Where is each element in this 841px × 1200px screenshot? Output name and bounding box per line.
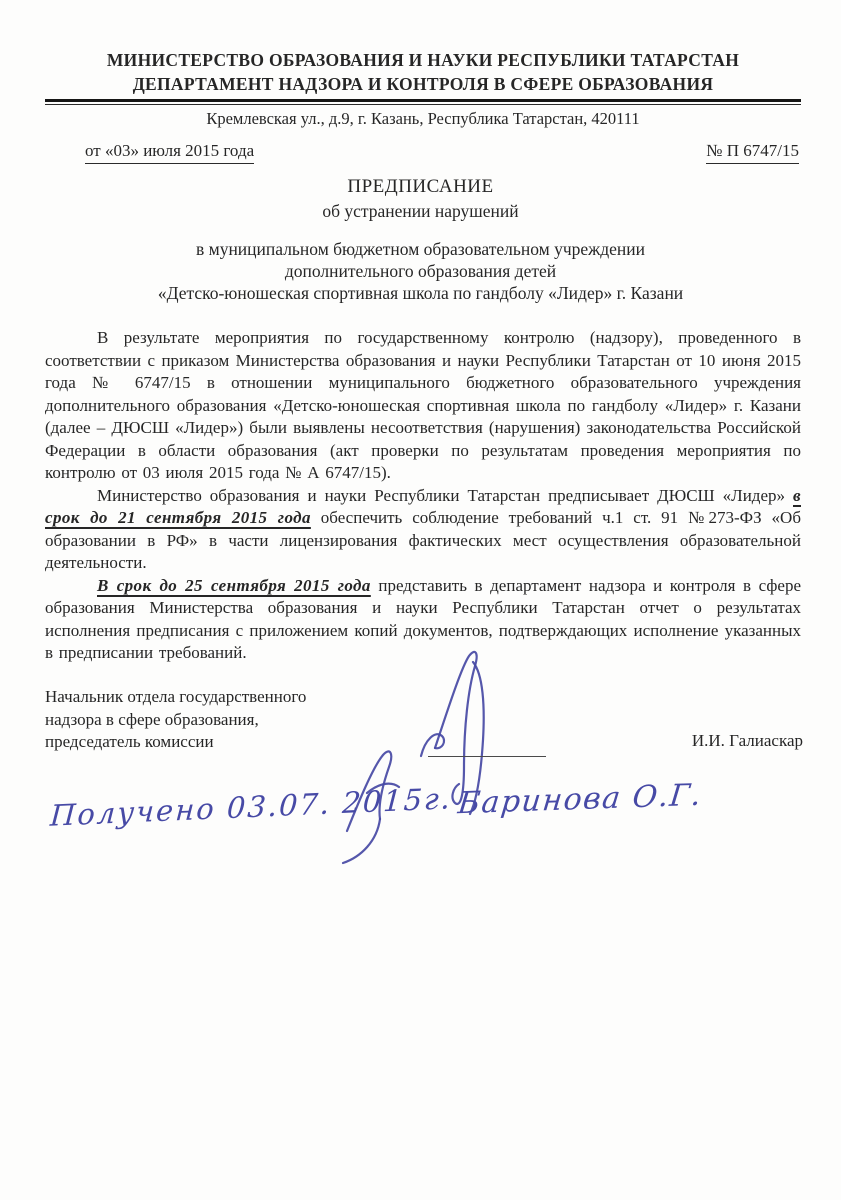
signatory-name: И.И. Галиаскар: [692, 731, 803, 751]
signatory-position-line: председатель комиссии: [45, 731, 306, 754]
paragraph-text: Министерство образования и науки Республ…: [97, 486, 793, 505]
title-block: ПРЕДПИСАНИЕ об устранении нарушений: [0, 176, 841, 222]
addressee-line: дополнительного образования детей: [0, 260, 841, 282]
paragraph-text: В результате мероприятия по государствен…: [45, 328, 801, 482]
body-paragraph-2: Министерство образования и науки Республ…: [45, 485, 801, 575]
reference-row: от «03» июля 2015 года № П 6747/15: [45, 141, 799, 164]
document-page: МИНИСТЕРСТВО ОБРАЗОВАНИЯ И НАУКИ РЕСПУБЛ…: [0, 0, 841, 1200]
addressee-line: в муниципальном бюджетном образовательно…: [0, 238, 841, 260]
document-number: № П 6747/15: [706, 141, 799, 164]
addressee-block: в муниципальном бюджетном образовательно…: [0, 238, 841, 304]
deadline-emphasis: В срок до 25 сентября 2015 года: [97, 576, 371, 595]
signatory-position-line: Начальник отдела государственного: [45, 686, 306, 709]
body-paragraph-1: В результате мероприятия по государствен…: [45, 327, 801, 485]
received-by-name: Баринова О.Г.: [456, 778, 704, 822]
receipt-signature-icon: [333, 745, 433, 865]
document-date: от «03» июля 2015 года: [85, 141, 254, 164]
addressee-line: «Детско-юношеская спортивная школа по га…: [0, 282, 841, 304]
document-body: В результате мероприятия по государствен…: [45, 327, 801, 665]
department-name: ДЕПАРТАМЕНТ НАДЗОРА И КОНТРОЛЯ В СФЕРЕ О…: [45, 74, 801, 95]
letterhead-address: Кремлевская ул., д.9, г. Казань, Республ…: [45, 109, 801, 129]
ministry-name: МИНИСТЕРСТВО ОБРАЗОВАНИЯ И НАУКИ РЕСПУБЛ…: [45, 50, 801, 71]
letterhead-divider: [45, 99, 801, 105]
signatory-position: Начальник отдела государственного надзор…: [45, 686, 306, 754]
signature-line: [428, 756, 546, 757]
document-title: ПРЕДПИСАНИЕ: [0, 176, 841, 198]
letterhead: МИНИСТЕРСТВО ОБРАЗОВАНИЯ И НАУКИ РЕСПУБЛ…: [45, 50, 801, 129]
document-subtitle: об устранении нарушений: [0, 201, 841, 222]
signatory-position-line: надзора в сфере образования,: [45, 709, 306, 732]
